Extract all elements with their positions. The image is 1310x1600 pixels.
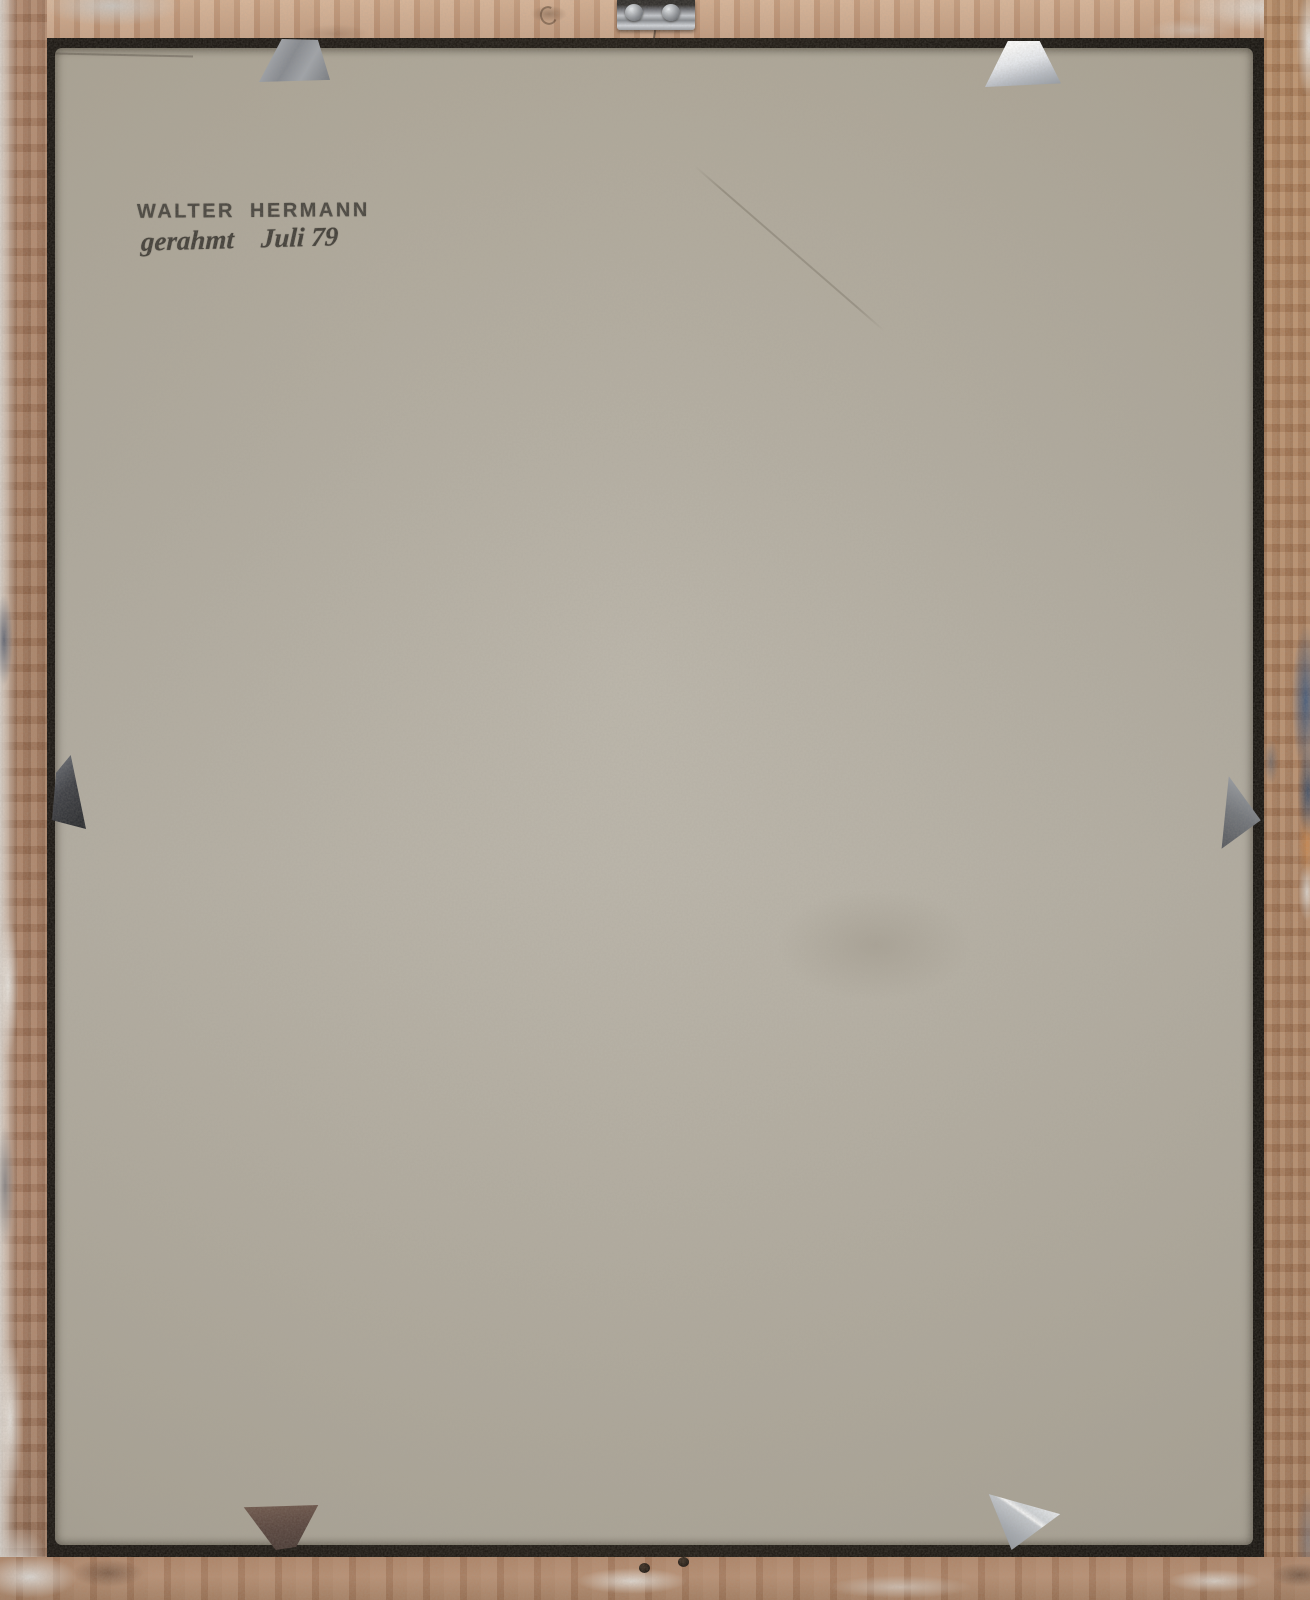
frame-edge-bottom [0, 1557, 1310, 1600]
artist-stamp: WALTER HERMANN [137, 199, 370, 224]
backing-board: WALTER HERMANN gerahmt Juli 79 [55, 48, 1253, 1545]
hanging-bracket [617, 0, 695, 30]
framed-artwork-back-photo: WALTER HERMANN gerahmt Juli 79 [0, 0, 1310, 1600]
nail-hole [678, 1557, 689, 1567]
handwritten-note: gerahmt Juli 79 [140, 221, 339, 258]
handwritten-date: Juli 79 [260, 221, 339, 254]
handwritten-word: gerahmt [140, 224, 234, 258]
scratch-mark [694, 165, 885, 332]
pencil-mark [55, 53, 193, 58]
frame-edge-left [0, 0, 47, 1600]
rivet-icon [625, 4, 643, 21]
rivet-icon [662, 4, 680, 21]
nail-hole [639, 1563, 650, 1573]
frame-edge-right [1264, 0, 1310, 1600]
